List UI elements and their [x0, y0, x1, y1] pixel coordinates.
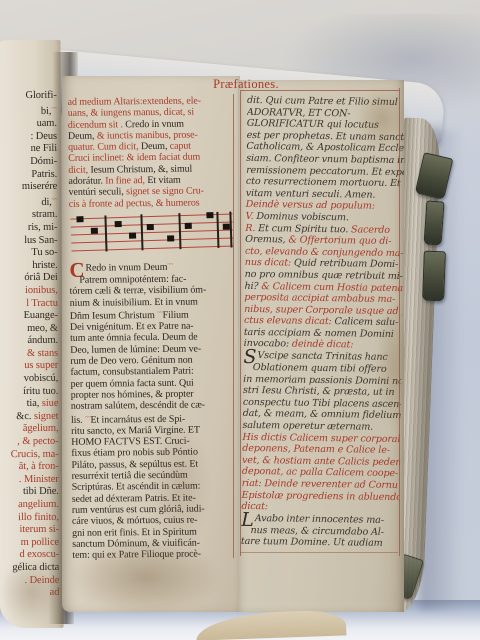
- text-line: óriâ Dei: [0, 272, 58, 285]
- text-line: tare tuum Domine. Ut audiam: [241, 536, 399, 550]
- text-line: l Tractu: [0, 297, 58, 310]
- text-line: : Deus: [0, 131, 57, 144]
- manuscript-border-bottom: [240, 552, 398, 553]
- column-rule-left: [233, 94, 234, 558]
- credo-block: CRedo in vnum Deum~~ Patrem omnipoténtem…: [69, 259, 240, 561]
- text-line: cis à fronte ad pectus, & humeros: [69, 197, 237, 210]
- square-note: [223, 224, 230, 230]
- square-note: [91, 228, 98, 234]
- printed-text-column: ad medium Altaris:extendens, ele-uans, &…: [68, 95, 241, 561]
- text-line: stram.: [0, 209, 57, 222]
- book-clasp-strap: [422, 251, 446, 302]
- square-note: [129, 232, 136, 238]
- printed-page: ad medium Altaris:extendens, ele-uans, &…: [62, 76, 240, 612]
- music-staff: [70, 209, 233, 258]
- text-line: miserére: [0, 181, 57, 194]
- staff-line: [71, 237, 233, 243]
- square-note: [76, 216, 83, 222]
- text-line: Glorifi-: [0, 90, 57, 103]
- square-note: [206, 212, 213, 218]
- running-head: Præfationes.: [190, 77, 302, 93]
- square-note: [115, 221, 122, 227]
- text-line: lus San-: [0, 234, 58, 247]
- text-line: Dómi-: [0, 156, 57, 169]
- manuscript-border-left: [240, 90, 241, 556]
- text-line: ionibus,: [0, 285, 58, 298]
- text-line: tem: qui ex Patre Filioque procè-: [72, 548, 240, 561]
- text-line: hriste.: [0, 260, 58, 273]
- text-line: uam.: [0, 118, 57, 131]
- manuscript-text-column: dit. Qui cum Patre et Filio simulADORATV…: [241, 95, 405, 550]
- text-line: Patris.: [0, 168, 57, 181]
- book-clasp-strap: [423, 200, 444, 245]
- staff-line: [71, 245, 233, 251]
- manuscript-page: dit. Qui cum Patre et Filio simulADORATV…: [238, 80, 404, 612]
- manuscript-border-right: [399, 88, 400, 556]
- square-note: [185, 223, 192, 229]
- square-note: [147, 224, 154, 230]
- text-line: ne Fili: [0, 143, 57, 156]
- square-note: [167, 235, 174, 241]
- text-line: ris, mi-: [0, 222, 57, 235]
- photo-of-open-antique-book: Glorifi-bi,~~uam.: Deusne FiliDómi-Patri…: [0, 0, 480, 640]
- text-line: bi,~~: [0, 102, 57, 118]
- rubric-block: ad medium Altaris:extendens, ele-uans, &…: [68, 95, 237, 210]
- text-line: di,~~: [0, 194, 57, 210]
- text-line: Tu so-: [0, 247, 58, 260]
